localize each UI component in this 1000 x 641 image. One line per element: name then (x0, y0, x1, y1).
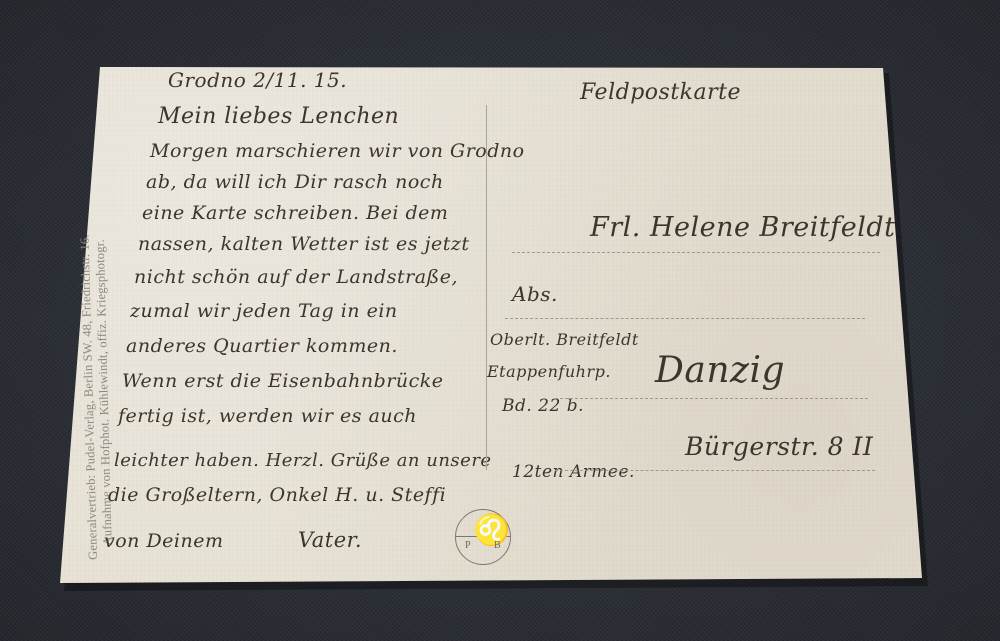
pb-lion-stamp: ♌ P B (455, 509, 511, 565)
salutation: Mein liebes Lenchen (158, 104, 399, 129)
stamp-letter-b: B (494, 540, 501, 551)
recipient-city: Danzig (655, 350, 785, 391)
message-line: nassen, kalten Wetter ist es jetzt (138, 233, 470, 255)
card-divider (486, 105, 487, 470)
feldpostkarte-header: Feldpostkarte (580, 80, 741, 105)
address-line-3 (555, 398, 868, 399)
message-line: Morgen marschieren wir von Grodno (150, 140, 525, 162)
lion-icon: ♌ (473, 516, 510, 546)
sender-label: Abs. (512, 282, 558, 306)
recipient-name: Frl. Helene Breitfeldt (590, 212, 895, 243)
message-line: nicht schön auf der Landstraße, (134, 266, 458, 288)
recipient-street: Bürgerstr. 8 II (685, 432, 873, 461)
address-line-2 (505, 318, 865, 319)
message-line: ab, da will ich Dir rasch noch (146, 171, 444, 193)
message-line: von Deinem (104, 530, 224, 552)
sender-line: Etappenfuhrp. (487, 362, 611, 381)
sender-line: Bd. 22 b. (502, 396, 584, 416)
message-line: die Großeltern, Onkel H. u. Steffi (108, 484, 446, 506)
dateline: Grodno 2/11. 15. (168, 68, 347, 92)
address-line-1 (512, 252, 880, 253)
signature: Vater. (298, 528, 362, 552)
message-line: leichter haben. Herzl. Grüße an unsere (114, 450, 492, 471)
message-line: anderes Quartier kommen. (126, 335, 398, 357)
message-line: zumal wir jeden Tag in ein (130, 300, 398, 322)
sender-line: Oberlt. Breitfeldt (490, 330, 639, 349)
address-line-4 (555, 470, 875, 471)
sender-line: 12ten Armee. (512, 462, 635, 482)
stamp-letter-p: P (465, 540, 471, 551)
message-line: fertig ist, werden wir es auch (118, 405, 417, 427)
message-line: Wenn erst die Eisenbahnbrücke (122, 370, 444, 392)
message-line: eine Karte schreiben. Bei dem (142, 202, 448, 224)
